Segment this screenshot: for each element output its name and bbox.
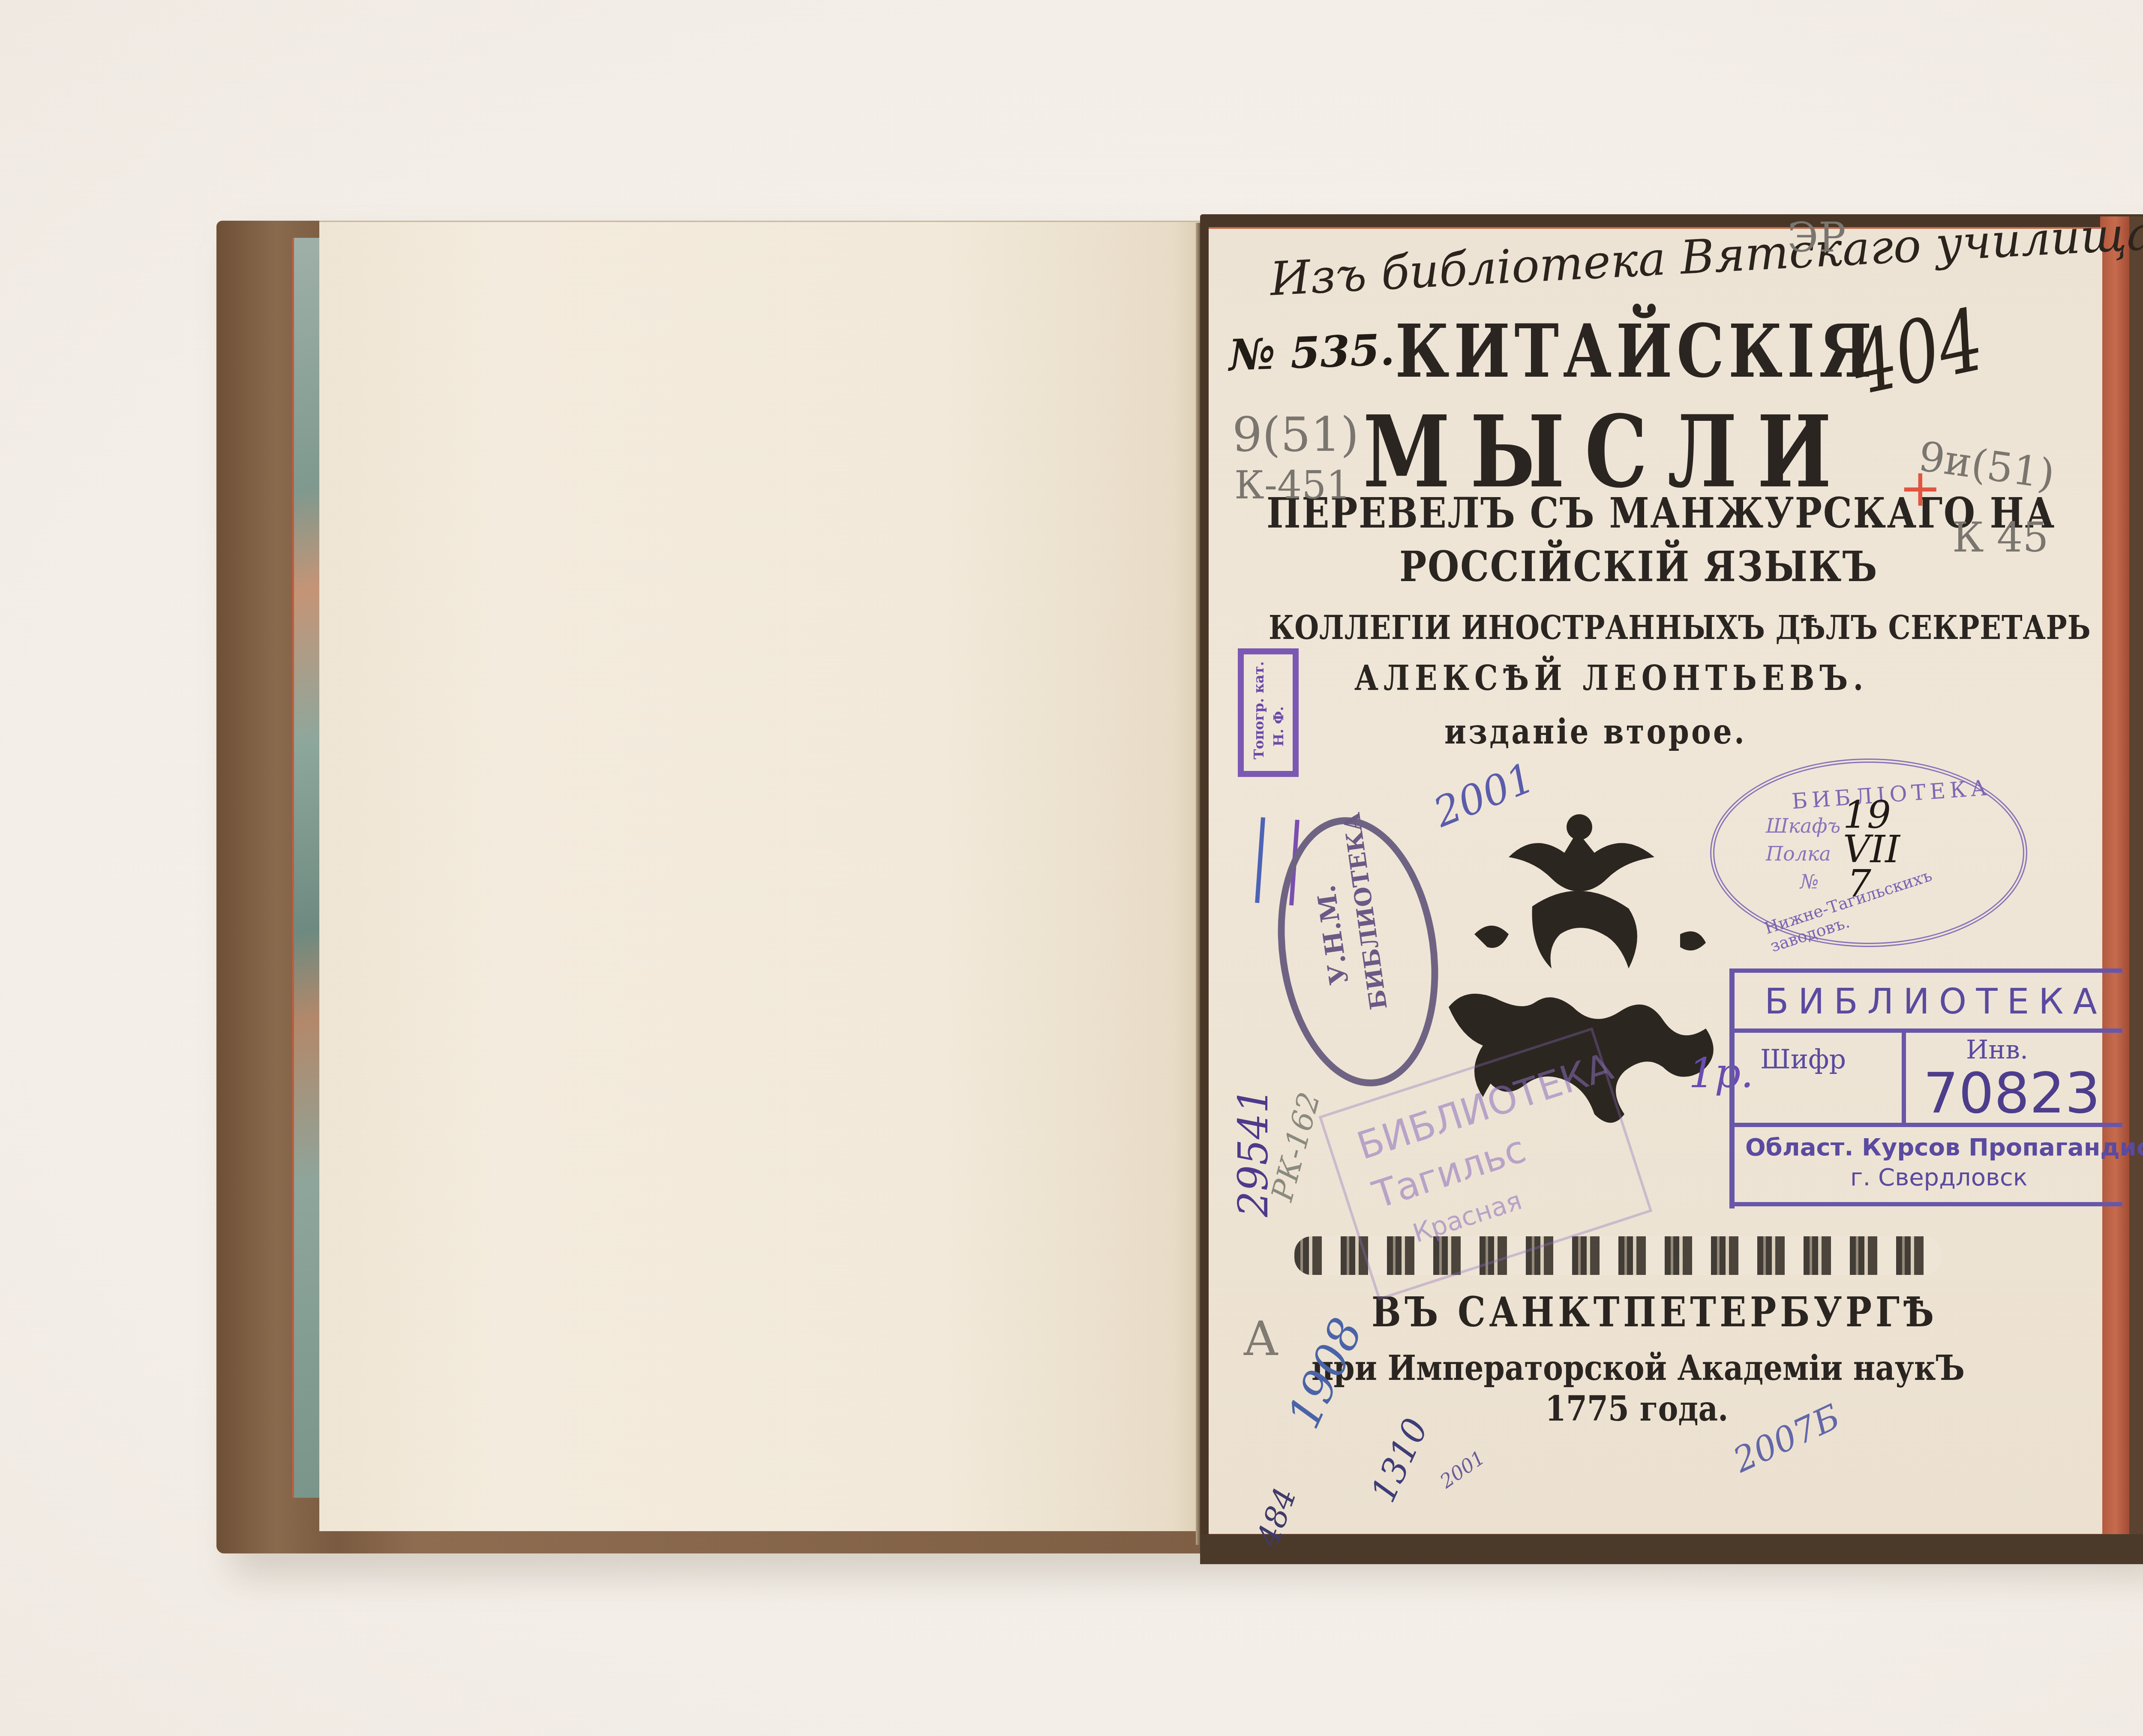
stamp-inventory-value: 70823 (1923, 1061, 2101, 1126)
imprint-year: 1775 года. (1545, 1388, 1729, 1429)
stamp-header: БИБЛІОТЕКА (1791, 775, 1992, 814)
title-line-1: КИТАЙСКІЯ (1395, 309, 1876, 394)
translator-role: КОЛЛЕГІИ ИНОСТРАННЫХЪ ДѢЛЪ СЕКРЕТАРЬ (1269, 609, 2091, 647)
stamp-text: Топогр. кат. (1251, 661, 1267, 759)
pencil-letter-a: А (1243, 1311, 1279, 1366)
subtitle-line-2: РОССІЙСКІЙ ЯЗЫКЪ (1399, 542, 1878, 591)
stamp-label-polka: Полка (1766, 842, 1831, 865)
red-cross-mark: + (1899, 459, 1942, 518)
sverdlovsk-library-stamp: БИБЛИОТЕКА Шифр Инв. 70823 Област. Курсо… (1729, 968, 2122, 1208)
stamp-rule (1735, 1202, 2122, 1206)
pencil-shelfmark-right-2: К 45 (1952, 514, 2049, 561)
stamp-label-number: № (1800, 870, 1819, 893)
stamp-rule (1735, 1028, 2122, 1033)
stamp-city: г. Свердловск (1850, 1163, 2028, 1191)
imprint-publisher: при Императорской Академіи наукЪ (1312, 1348, 1965, 1388)
cover-edge (2129, 216, 2143, 1534)
stamp-label-shkaf: Шкафъ (1766, 814, 1840, 837)
stamp-rule (1735, 968, 2122, 973)
pencil-shelfmark-left-1: 9(51) (1232, 407, 1359, 462)
topographic-catalog-stamp: Топогр. кат. Н. Ф. (1238, 648, 1299, 777)
stamp-cipher-label: Шифр (1760, 1043, 1846, 1075)
stamp-institution: Област. Курсов Пропагандистов (1745, 1133, 2143, 1161)
stamp-header: БИБЛИОТЕКА (1765, 981, 2107, 1022)
pencil-shelfmark-left-2: К-451 (1234, 463, 1351, 508)
edition-note: изданіе второе. (1444, 711, 1747, 752)
translator-name: АЛЕКСѢЙ ЛЕОНТЬЕВЪ. (1354, 658, 1868, 698)
pencil-mark-top: ЭР (1787, 214, 1846, 261)
marbled-pastedown (292, 238, 321, 1498)
stamp-text: У.Н.М. (1311, 883, 1355, 987)
blank-left-page (319, 221, 1209, 1531)
tagil-library-oval-stamp: БИБЛІОТЕКА Шкафъ Полка № 19 VII 7 Нижне-… (1710, 759, 2027, 947)
stamp-rule (1902, 1028, 1906, 1125)
imprint-place: ВЪ САНКТПЕТЕРБУРГѢ (1372, 1288, 1938, 1336)
red-page-edge (2100, 216, 2130, 1534)
accession-number: № 535. (1228, 324, 1396, 380)
stamp-text: Н. Ф. (1270, 706, 1287, 747)
cover-bottom-edge (1200, 1534, 2143, 1564)
vertical-violet-number: 29541 (1230, 1088, 1277, 1217)
